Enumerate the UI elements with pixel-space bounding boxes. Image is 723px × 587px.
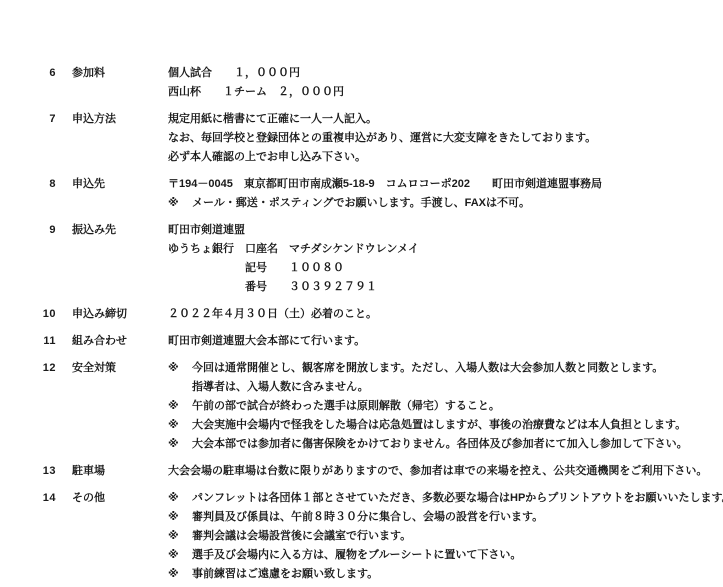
item-label: 申込先: [72, 175, 168, 213]
item-label: 組み合わせ: [72, 332, 168, 351]
text-line: 必ず本人確認の上でお申し込み下さい。: [168, 148, 723, 167]
text-line: ※午前の部で試合が終わった選手は原則解散（帰宅）すること。: [168, 397, 723, 416]
line-text: なお、毎回学校と登録団体との重複申込があり、運営に大変支障をきたしております。: [168, 132, 596, 144]
text-line: ゆうちょ銀行 口座名 マチダシケンドウレンメイ: [168, 240, 723, 259]
item-content: 大会会場の駐車場は台数に限りがありますので、参加者は車での来場を控え、公共交通機…: [168, 462, 723, 481]
item-label: その他: [72, 489, 168, 584]
note-mark-icon: ※: [168, 194, 192, 213]
item-number: 8: [0, 175, 56, 213]
list-item-11: 11組み合わせ町田市剣道連盟大会本部にて行います。: [0, 332, 723, 351]
list-item-13: 13駐車場大会会場の駐車場は台数に限りがありますので、参加者は車での来場を控え、…: [0, 462, 723, 481]
line-text: 町田市剣道連盟大会本部にて行います。: [168, 335, 365, 347]
item-content: 町田市剣道連盟大会本部にて行います。: [168, 332, 723, 351]
line-text: 大会会場の駐車場は台数に限りがありますので、参加者は車での来場を控え、公共交通機…: [168, 465, 707, 477]
note-mark-icon: ※: [168, 489, 192, 508]
document-page: 6参加料個人試合 １，０００円西山杯 １チーム ２，０００円7申込方法規定用紙に…: [0, 0, 723, 587]
item-number: 11: [0, 332, 56, 351]
list-item-7: 7申込方法規定用紙に楷書にて正確に一人一人記入。なお、毎回学校と登録団体との重複…: [0, 110, 723, 167]
item-content: 〒194－0045 東京都町田市南成瀬5-18-9 コムロコーポ202 町田市剣…: [168, 175, 723, 213]
item-content: 規定用紙に楷書にて正確に一人一人記入。なお、毎回学校と登録団体との重複申込があり…: [168, 110, 723, 167]
line-text: 審判会議は会場設営後に会議室で行います。: [192, 530, 411, 542]
item-number: 12: [0, 359, 56, 454]
text-line: 町田市剣道連盟大会本部にて行います。: [168, 332, 723, 351]
line-text: 必ず本人確認の上でお申し込み下さい。: [168, 151, 366, 163]
text-line: ※メール・郵送・ポスティングでお願いします。手渡し、FAXは不可。: [168, 194, 723, 213]
text-line: 番号 ３０３９２７９１: [168, 278, 723, 297]
line-text: 選手及び会場内に入る方は、履物をブルーシートに置いて下さい。: [192, 549, 521, 561]
line-text: 大会実施中会場内で怪我をした場合は応急処置はしますが、事後の治療費などは本人負担…: [192, 419, 686, 431]
line-text: 審判員及び係員は、午前８時３０分に集合し、会場の設営を行います。: [192, 511, 543, 523]
line-text: ２０２２年４月３０日（土）必着のこと。: [168, 308, 377, 320]
text-line: ※パンフレットは各団体１部とさせていただき、多数必要な場合はHPからプリントアウ…: [168, 489, 723, 508]
text-line: なお、毎回学校と登録団体との重複申込があり、運営に大変支障をきたしております。: [168, 129, 723, 148]
item-content: 個人試合 １，０００円西山杯 １チーム ２，０００円: [168, 64, 723, 102]
text-line: ※選手及び会場内に入る方は、履物をブルーシートに置いて下さい。: [168, 546, 723, 565]
line-text: 事前練習はご遠慮をお願い致します。: [192, 568, 378, 580]
line-text: 番号 ３０３９２７９１: [168, 281, 377, 293]
line-text: 〒194－0045 東京都町田市南成瀬5-18-9 コムロコーポ202 町田市剣…: [168, 178, 602, 190]
item-content: 町田市剣道連盟ゆうちょ銀行 口座名 マチダシケンドウレンメイ 記号 １００８０ …: [168, 221, 723, 297]
list-item-8: 8申込先〒194－0045 東京都町田市南成瀬5-18-9 コムロコーポ202 …: [0, 175, 723, 213]
list-item-6: 6参加料個人試合 １，０００円西山杯 １チーム ２，０００円: [0, 64, 723, 102]
line-text: パンフレットは各団体１部とさせていただき、多数必要な場合はHPからプリントアウト…: [192, 492, 723, 504]
text-line: 西山杯 １チーム ２，０００円: [168, 83, 723, 102]
item-number: 13: [0, 462, 56, 481]
list-item-14: 14その他※パンフレットは各団体１部とさせていただき、多数必要な場合はHPからプ…: [0, 489, 723, 584]
list-item-9: 9振込み先町田市剣道連盟ゆうちょ銀行 口座名 マチダシケンドウレンメイ 記号 １…: [0, 221, 723, 297]
list-item-12: 12安全対策※今回は通常開催とし、観客席を開放します。ただし、入場人数は大会参加…: [0, 359, 723, 454]
text-line: 個人試合 １，０００円: [168, 64, 723, 83]
text-line: ２０２２年４月３０日（土）必着のこと。: [168, 305, 723, 324]
note-mark-icon: ※: [168, 435, 192, 454]
item-label: 駐車場: [72, 462, 168, 481]
line-text: 規定用紙に楷書にて正確に一人一人記入。: [168, 113, 377, 125]
line-text: 個人試合 １，０００円: [168, 67, 300, 79]
text-line: 町田市剣道連盟: [168, 221, 723, 240]
note-mark-icon: ※: [168, 416, 192, 435]
line-text: 西山杯 １チーム ２，０００円: [168, 86, 344, 98]
item-number: 7: [0, 110, 56, 167]
item-label: 申込み締切: [72, 305, 168, 324]
item-number: 10: [0, 305, 56, 324]
item-label: 申込方法: [72, 110, 168, 167]
item-label: 参加料: [72, 64, 168, 102]
text-line: ※事前練習はご遠慮をお願い致します。: [168, 565, 723, 584]
item-number: 6: [0, 64, 56, 102]
item-content: ２０２２年４月３０日（土）必着のこと。: [168, 305, 723, 324]
text-line: 記号 １００８０: [168, 259, 723, 278]
note-mark-icon: ※: [168, 565, 192, 584]
text-line: 規定用紙に楷書にて正確に一人一人記入。: [168, 110, 723, 129]
note-mark-icon: ※: [168, 397, 192, 416]
text-line: 大会会場の駐車場は台数に限りがありますので、参加者は車での来場を控え、公共交通機…: [168, 462, 723, 481]
line-text: 町田市剣道連盟: [168, 224, 245, 236]
item-content: ※パンフレットは各団体１部とさせていただき、多数必要な場合はHPからプリントアウ…: [168, 489, 723, 584]
note-mark-icon: ※: [168, 546, 192, 565]
text-line: 指導者は、入場人数に含みません。: [168, 378, 723, 397]
text-line: 〒194－0045 東京都町田市南成瀬5-18-9 コムロコーポ202 町田市剣…: [168, 175, 723, 194]
item-label: 安全対策: [72, 359, 168, 454]
item-number: 14: [0, 489, 56, 584]
document-body: 6参加料個人試合 １，０００円西山杯 １チーム ２，０００円7申込方法規定用紙に…: [0, 64, 723, 584]
item-label: 振込み先: [72, 221, 168, 297]
text-line: ※今回は通常開催とし、観客席を開放します。ただし、入場人数は大会参加人数と同数と…: [168, 359, 723, 378]
note-mark-icon: ※: [168, 508, 192, 527]
text-line: ※審判員及び係員は、午前８時３０分に集合し、会場の設営を行います。: [168, 508, 723, 527]
line-text: 記号 １００８０: [168, 262, 344, 274]
line-text: 大会本部では参加者に傷害保険をかけておりません。各団体及び参加者にて加入し参加し…: [192, 438, 688, 450]
text-line: ※審判会議は会場設営後に会議室で行います。: [168, 527, 723, 546]
list-item-10: 10申込み締切２０２２年４月３０日（土）必着のこと。: [0, 305, 723, 324]
line-text: ゆうちょ銀行 口座名 マチダシケンドウレンメイ: [168, 243, 419, 255]
line-text: メール・郵送・ポスティングでお願いします。手渡し、FAXは不可。: [192, 197, 530, 209]
text-line: ※大会本部では参加者に傷害保険をかけておりません。各団体及び参加者にて加入し参加…: [168, 435, 723, 454]
line-text: 午前の部で試合が終わった選手は原則解散（帰宅）すること。: [192, 400, 500, 412]
text-line: ※大会実施中会場内で怪我をした場合は応急処置はしますが、事後の治療費などは本人負…: [168, 416, 723, 435]
line-text: 今回は通常開催とし、観客席を開放します。ただし、入場人数は大会参加人数と同数とし…: [192, 362, 663, 374]
note-mark-icon: ※: [168, 359, 192, 378]
line-text: 指導者は、入場人数に含みません。: [192, 381, 369, 393]
item-number: 9: [0, 221, 56, 297]
item-content: ※今回は通常開催とし、観客席を開放します。ただし、入場人数は大会参加人数と同数と…: [168, 359, 723, 454]
note-mark-icon: ※: [168, 527, 192, 546]
